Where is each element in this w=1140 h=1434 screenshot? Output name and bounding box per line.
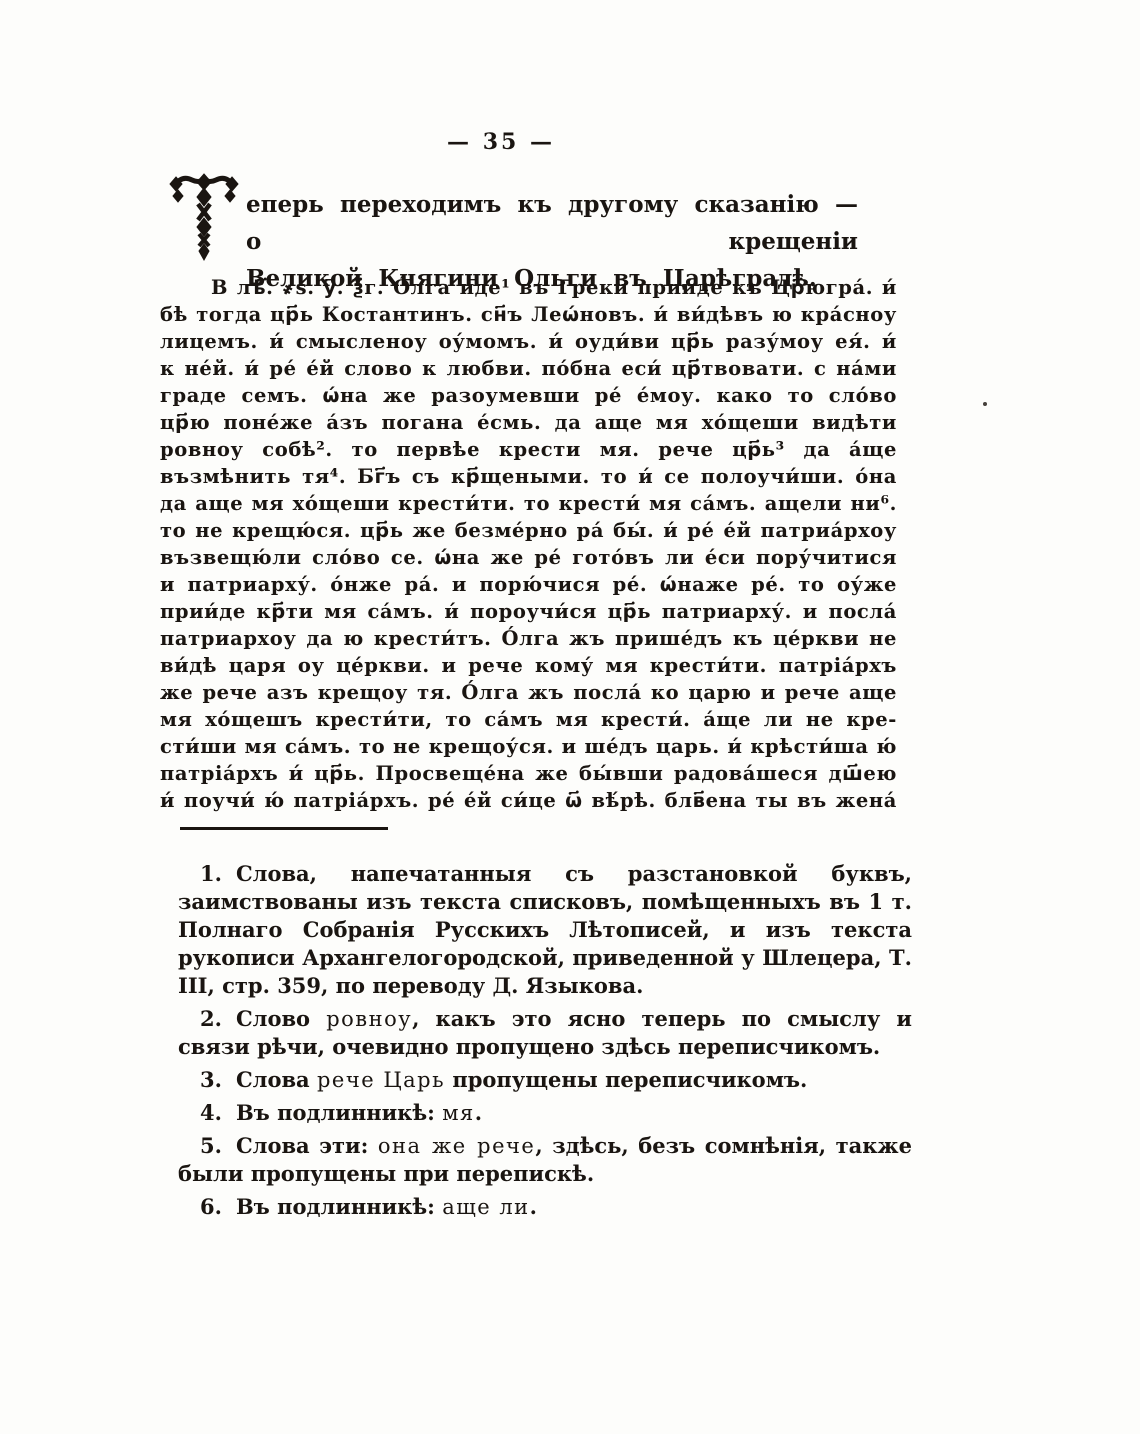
chronicle-line: и патриарху́. о́нже ра́. и порю́чися ре́…	[160, 571, 897, 598]
footnotes-block: 1.Слова, напечатанныя съ разстановкой бу…	[178, 860, 912, 1226]
chronicle-line: ровноу собѣ². то первѣе крести мя. рече …	[160, 436, 897, 463]
chronicle-line: патриархоу да ю крести́тъ. О́лга жъ приш…	[160, 625, 897, 652]
footnote-slavonic-word: ровноу	[326, 1007, 412, 1031]
chronicle-line: и́ поучи́ ю́ патріа́рхъ. ре́ е́й си́це ѡ…	[160, 787, 897, 814]
chronicle-line: цр҃ю поне́же а́зъ погана е́смь. да аще м…	[160, 409, 897, 436]
footnote-slavonic-word: аще ли	[442, 1195, 529, 1219]
footnote-number: 6.	[200, 1194, 222, 1219]
chronicle-line: к не́й. и́ ре́ е́й слово к любви. по́бна…	[160, 355, 897, 382]
footnote-number: 3.	[200, 1067, 222, 1092]
chronicle-line: бѣ тогда цр҃ь Костантинъ. сн҃ъ Леѡ́новъ.…	[160, 301, 897, 328]
footnote-text: Въ подлинникѣ:	[236, 1100, 442, 1125]
chronicle-line: же рече азъ крещоу тя. О́лга жъ посла́ к…	[160, 679, 897, 706]
footnote: 6.Въ подлинникѣ: аще ли.	[178, 1193, 912, 1221]
footnote-slavonic-word: она же рече	[378, 1134, 535, 1158]
footnote-text: .	[530, 1194, 537, 1219]
footnote-text: Слова, напечатанныя съ разстановкой букв…	[178, 861, 912, 998]
footnote-slavonic-word: мя	[442, 1101, 475, 1125]
footnote-text: Слова	[236, 1067, 317, 1092]
footnote: 1.Слова, напечатанныя съ разстановкой бу…	[178, 860, 912, 1000]
lead-line: еперь переходимъ къ другому сказанію — о…	[246, 186, 858, 260]
footnote-text: .	[475, 1100, 482, 1125]
footnote-text: Слова эти:	[236, 1133, 378, 1158]
chronicle-line: патріа́рхъ и́ цр҃ь. Просвеще́на же бы́вш…	[160, 760, 897, 787]
chronicle-text-block: В лѣ҃. ҂ѕ. у҃. ѯ҃г. О́лга иде¹ въ Греки …	[160, 274, 897, 814]
footnote-number: 1.	[200, 861, 222, 886]
scanned-book-page: — 35 — Т еперь переходимъ къ другому ска…	[0, 0, 1140, 1434]
footnote-text: Слово	[236, 1006, 326, 1031]
chronicle-line: да аще мя хо́щеши крести́ти. то крести́ …	[160, 490, 897, 517]
ornate-initial-T: Т	[169, 172, 239, 262]
chronicle-line: граде семъ. ѡ́на же разоумевши ре́ е́моу…	[160, 382, 897, 409]
footnote: 2.Слово ровноу, какъ это ясно теперь по …	[178, 1005, 912, 1061]
chronicle-line: лицемъ. и́ смысленоу оу́момъ. и́ оуди́ви…	[160, 328, 897, 355]
ornate-initial-T-icon	[169, 172, 239, 262]
chronicle-line: ви́дѣ царя оу це́ркви. и рече кому́ мя к…	[160, 652, 897, 679]
footnote-text: пропущены переписчикомъ.	[445, 1067, 807, 1092]
chronicle-line: прии́де кр҃ти мя са́мъ. и́ пороучи́ся цр…	[160, 598, 897, 625]
print-speck	[983, 402, 987, 406]
footnote: 3.Слова рече Царь пропущены переписчиком…	[178, 1066, 912, 1094]
footnote-slavonic-word: рече Царь	[317, 1068, 445, 1092]
footnote: 4.Въ подлинникѣ: мя.	[178, 1099, 912, 1127]
footnote-number: 4.	[200, 1100, 222, 1125]
footnote-text: Въ подлинникѣ:	[236, 1194, 442, 1219]
page-number: — 35 —	[351, 129, 651, 155]
chronicle-line: възвещю́ли сло́во се. ѡ́на же ре́ гото́в…	[160, 544, 897, 571]
footnote-number: 5.	[200, 1133, 222, 1158]
chronicle-line: мя хо́щешъ крести́ти, то са́мъ мя крести…	[160, 706, 897, 733]
chronicle-line: то не крещю́ся. цр҃ь же безме́рно ра́ бы…	[160, 517, 897, 544]
footnote: 5.Слова эти: она же рече, здѣсь, безъ со…	[178, 1132, 912, 1188]
chronicle-line: възмѣнить тя⁴. Бг҃ъ съ кр҃щеными. то и́ …	[160, 463, 897, 490]
chronicle-line: сти́ши мя са́мъ. то не крещоу́ся. и ше́д…	[160, 733, 897, 760]
chronicle-line: В лѣ҃. ҂ѕ. у҃. ѯ҃г. О́лга иде¹ въ Греки …	[160, 274, 897, 301]
footnote-number: 2.	[200, 1006, 222, 1031]
footnote-separator-rule	[180, 827, 388, 830]
